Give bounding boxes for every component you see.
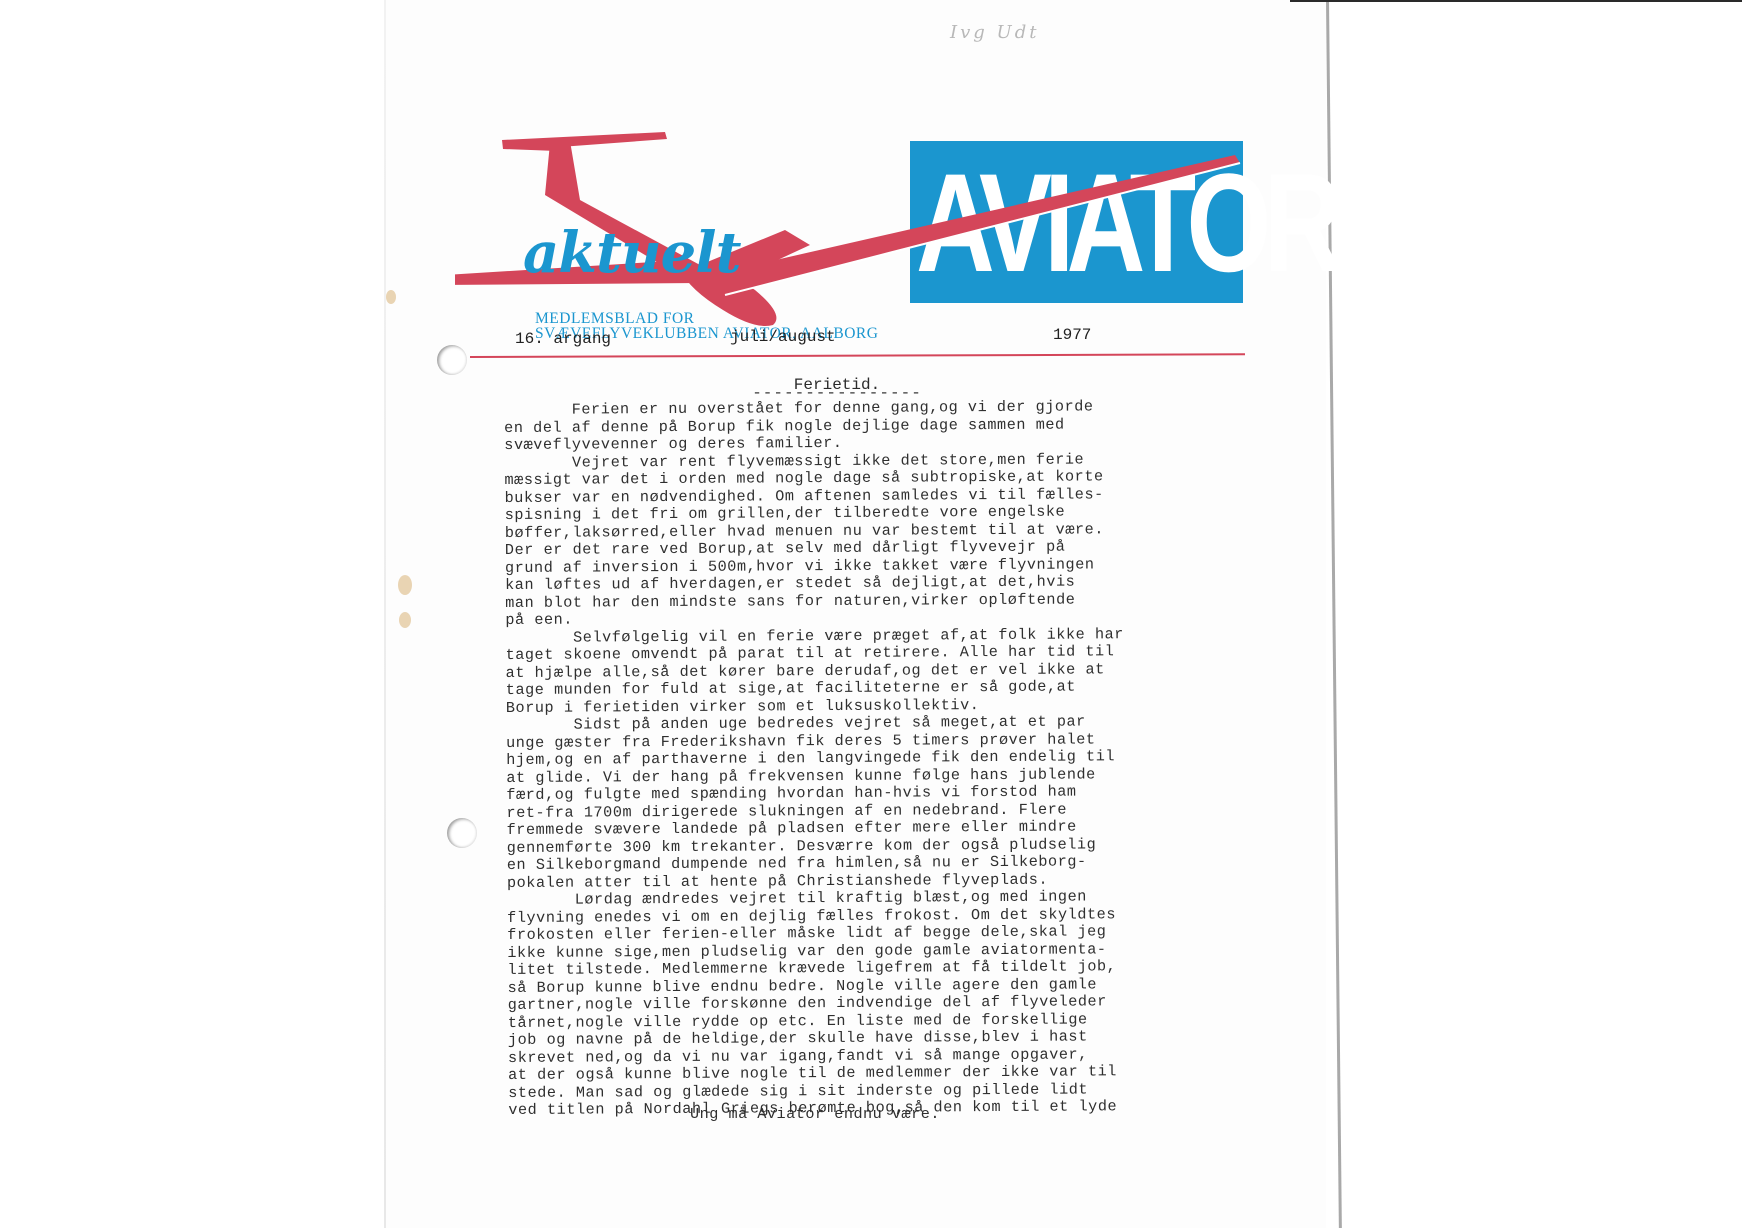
paper-stain bbox=[399, 612, 411, 628]
article-title: Ferietid. ---------------- bbox=[504, 376, 1170, 398]
article: Ferietid. ---------------- Ferien er nu … bbox=[510, 376, 1170, 1120]
article-title-underline: ---------------- bbox=[504, 388, 1170, 398]
paper-stain bbox=[398, 575, 412, 595]
paper-stain bbox=[386, 290, 396, 304]
scan-background-left bbox=[0, 0, 384, 1228]
issue-year: 1977 bbox=[1053, 326, 1091, 344]
article-body: Ferien er nu overstået for denne gang,og… bbox=[504, 398, 1174, 1120]
scanner-edge bbox=[1290, 0, 1742, 2]
issue-months: juli/august bbox=[730, 328, 836, 346]
issue-volume: 16. argang bbox=[515, 330, 611, 348]
subtitle-line-1: MEDLEMSBLAD FOR bbox=[535, 311, 878, 326]
masthead: AVIATOR aktuelt MEDLEMSBLAD FOR SVÆVEFLY… bbox=[455, 125, 1255, 365]
aktuelt-logo-word: aktuelt bbox=[523, 220, 740, 286]
article-closing: Ung må Aviator endnu være. bbox=[690, 1105, 940, 1123]
handwritten-note: Ivg Udt bbox=[950, 22, 1039, 43]
punch-hole bbox=[447, 818, 477, 848]
page-edge-left bbox=[384, 0, 386, 1228]
